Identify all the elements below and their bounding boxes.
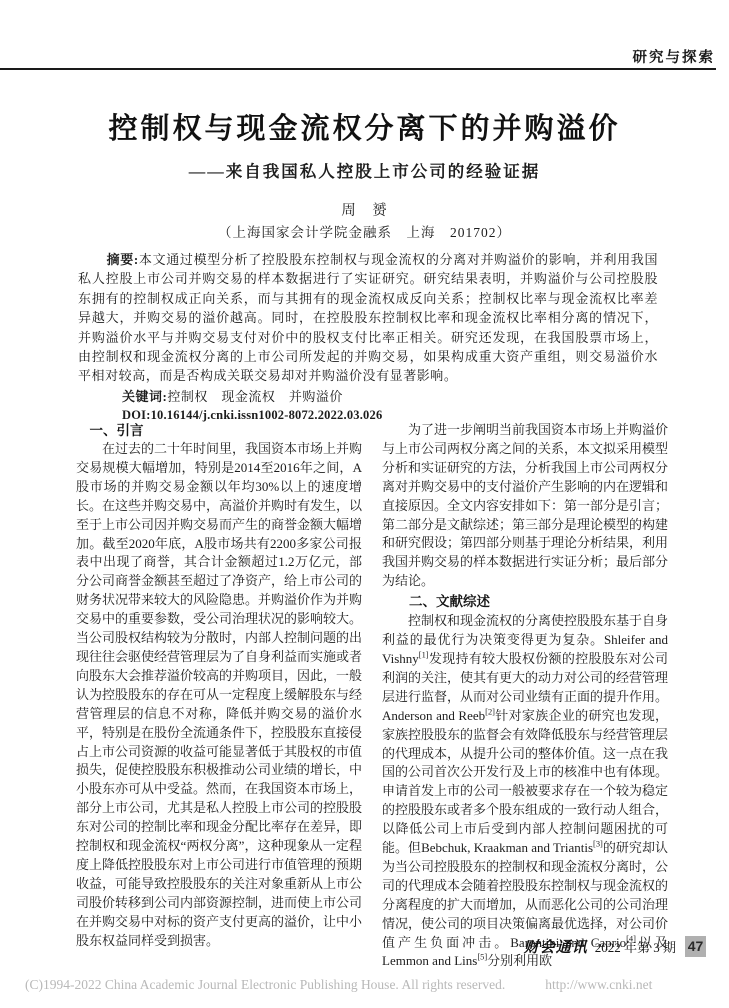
keywords-label: 关键词: <box>122 389 167 404</box>
header-rule <box>0 68 716 70</box>
section-label: 研究与探索 <box>633 46 716 67</box>
column-right: 为了进一步阐明当前我国资本市场上并购溢价与上市公司两权分离之间的关系，本文拟采用… <box>382 421 668 971</box>
author-affiliation: （上海国家会计学院金融系 上海 201702） <box>0 221 729 241</box>
keywords-line: 关键词:控制权 现金流权 并购溢价 <box>78 387 658 406</box>
literature-heading: 二、文献综述 <box>382 592 668 611</box>
intro-paragraph: 在过去的二十年时间里，我国资本市场上并购交易规模大幅增加，特别是2014至201… <box>76 440 362 950</box>
abstract-text: 本文通过模型分析了控股股东控制权与现金流权的分离对并购溢价的影响，并利用我国私人… <box>78 252 658 383</box>
journal-page: 研究与探索 控制权与现金流权分离下的并购溢价 ——来自我国私人控股上市公司的经验… <box>0 0 729 1008</box>
copyright-text: (C)1994-2022 China Academic Journal Elec… <box>25 977 505 992</box>
intro-heading: 一、引言 <box>76 421 362 440</box>
abstract-label: 摘要: <box>107 252 139 267</box>
journal-name: 财会通讯 <box>524 936 588 957</box>
author-name: 周 赟 <box>0 199 729 220</box>
two-column-body: 一、引言 在过去的二十年时间里，我国资本市场上并购交易规模大幅增加，特别是201… <box>76 421 668 971</box>
keywords-text: 控制权 现金流权 并购溢价 <box>167 389 343 404</box>
column-left: 一、引言 在过去的二十年时间里，我国资本市场上并购交易规模大幅增加，特别是201… <box>76 421 362 971</box>
literature-paragraph: 控制权和现金流权的分离使控股股东基于自身利益的最优行为决策变得更为复杂。Shle… <box>382 612 668 971</box>
paper-subtitle: ——来自我国私人控股上市公司的经验证据 <box>0 158 729 182</box>
abstract-block: 摘要:本文通过模型分析了控股股东控制权与现金流权的分离对并购溢价的影响，并利用我… <box>78 250 658 425</box>
copyright-strip: (C)1994-2022 China Academic Journal Elec… <box>25 977 719 993</box>
transition-paragraph: 为了进一步阐明当前我国资本市场上并购溢价与上市公司两权分离之间的关系，本文拟采用… <box>382 421 668 591</box>
copyright-url: http://www.cnki.net <box>545 977 652 992</box>
journal-issue: 2022 年第 3 期 <box>595 937 676 956</box>
page-number-badge: 47 <box>685 936 706 957</box>
abstract-paragraph: 摘要:本文通过模型分析了控股股东控制权与现金流权的分离对并购溢价的影响，并利用我… <box>78 250 658 386</box>
page-footer: 财会通讯 2022 年第 3 期 47 <box>524 936 706 957</box>
paper-title: 控制权与现金流权分离下的并购溢价 <box>0 106 729 147</box>
